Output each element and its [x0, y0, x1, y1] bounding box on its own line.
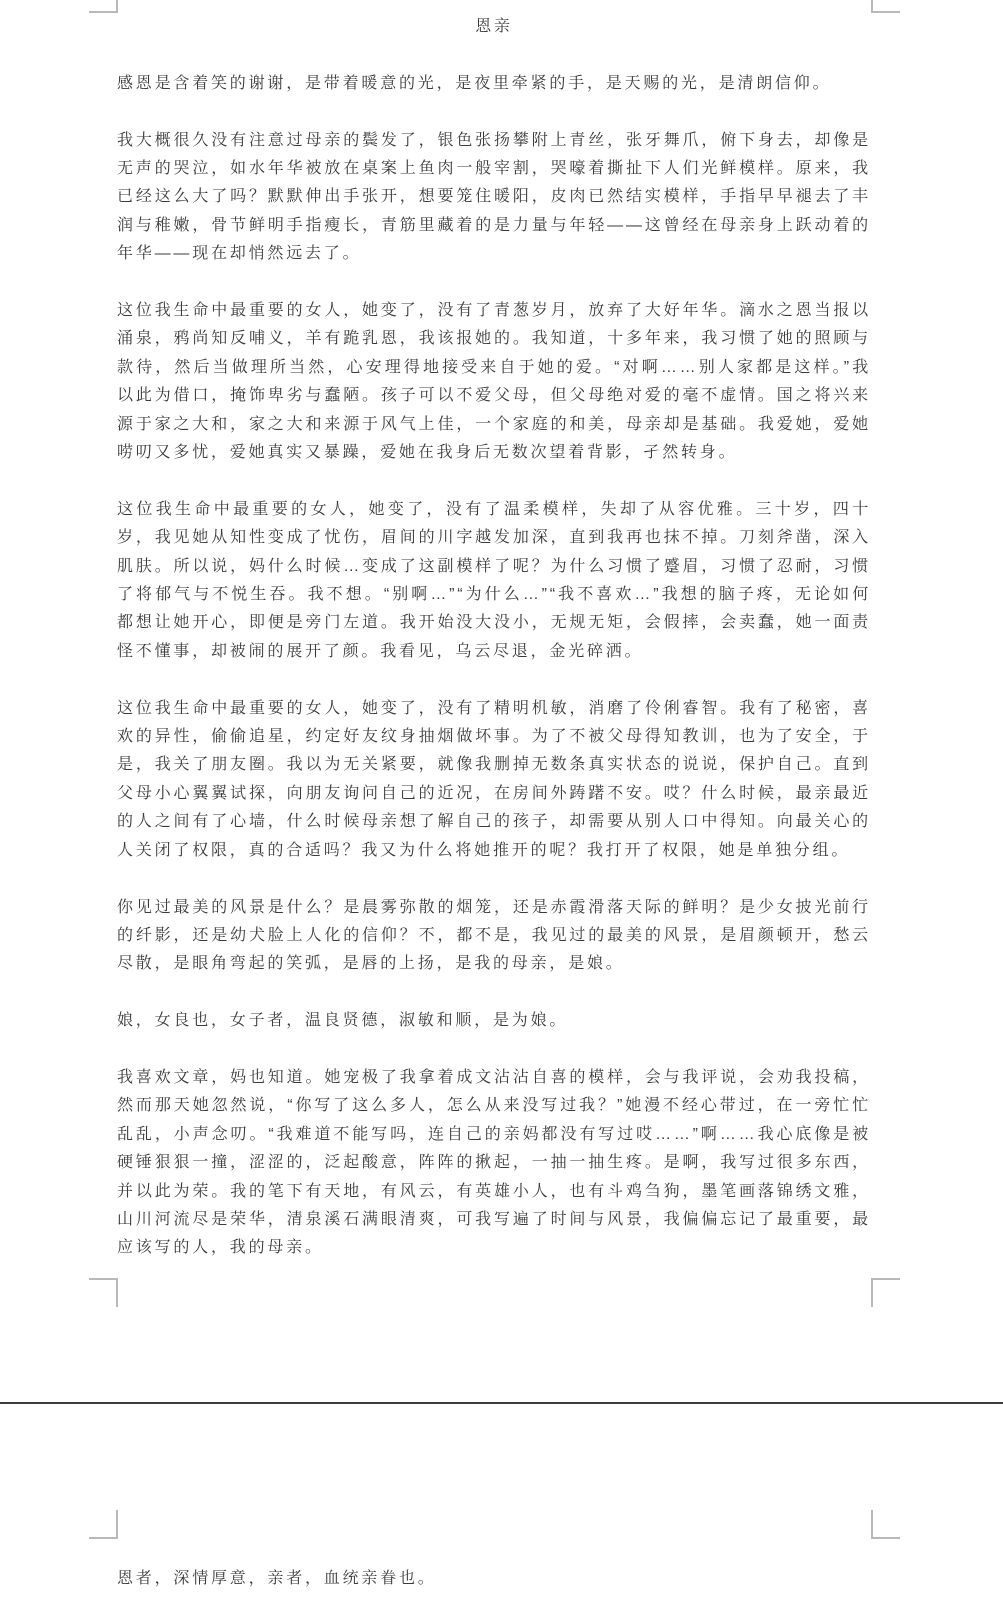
text-boundary-mark-bottom-right: [871, 1278, 900, 1307]
paragraph[interactable]: 这位我生命中最重要的女人，她变了，没有了青葱岁月，放弃了大好年华。滴水之恩当报以…: [117, 297, 871, 467]
page-divider-line: [0, 1402, 1003, 1404]
page-2-text-area[interactable]: 恩者，深情厚意，亲者，血统亲眷也。: [117, 1565, 871, 1593]
paragraph[interactable]: 这位我生命中最重要的女人，她变了，没有了精明机敏，消磨了伶俐睿智。我有了秘密，喜…: [117, 695, 871, 865]
paragraph[interactable]: 你见过最美的风景是什么？是晨雾弥散的烟笼，还是赤霞滑落天际的鲜明？是少女披光前行…: [117, 894, 871, 979]
paragraph[interactable]: 我大概很久没有注意过母亲的鬓发了，银色张扬攀附上青丝，张牙舞爪，俯下身去，却像是…: [117, 127, 871, 269]
paragraph[interactable]: 娘，女良也，女子者，温良贤德，淑敏和顺，是为娘。: [117, 1007, 871, 1035]
document-title[interactable]: 恩亲: [117, 13, 871, 41]
text-boundary-mark-top-left: [89, 1510, 118, 1539]
paragraph[interactable]: 这位我生命中最重要的女人，她变了，没有了温柔模样，失却了从容优雅。三十岁，四十岁…: [117, 496, 871, 666]
page-1-text-area[interactable]: 恩亲 感恩是含着笑的谢谢，是带着暖意的光，是夜里牵紧的手，是天赐的光，是清朗信仰…: [117, 13, 871, 1263]
paragraph[interactable]: 恩者，深情厚意，亲者，血统亲眷也。: [117, 1565, 871, 1593]
paragraph[interactable]: 感恩是含着笑的谢谢，是带着暖意的光，是夜里牵紧的手，是天赐的光，是清朗信仰。: [117, 70, 871, 98]
document-canvas: 恩亲 感恩是含着笑的谢谢，是带着暖意的光，是夜里牵紧的手，是天赐的光，是清朗信仰…: [0, 0, 1003, 1610]
text-boundary-mark-top-left: [89, 0, 118, 13]
text-boundary-mark-bottom-left: [89, 1278, 118, 1307]
paragraph[interactable]: 我喜欢文章，妈也知道。她宠极了我拿着成文沾沾自喜的模样，会与我评说，会劝我投稿，…: [117, 1064, 871, 1263]
page-1-body: 感恩是含着笑的谢谢，是带着暖意的光，是夜里牵紧的手，是天赐的光，是清朗信仰。我大…: [117, 70, 871, 1263]
text-boundary-mark-top-right: [871, 0, 900, 13]
page-2-body: 恩者，深情厚意，亲者，血统亲眷也。: [117, 1565, 871, 1593]
text-boundary-mark-top-right: [871, 1510, 900, 1539]
